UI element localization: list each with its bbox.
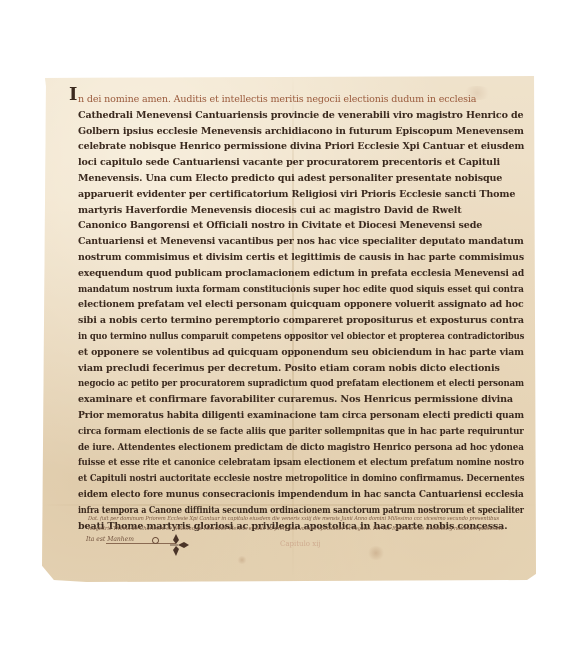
signature-flourish	[106, 543, 176, 544]
text-line: eidem electo fore munus consecracionis i…	[78, 487, 496, 503]
signature-dot-mark	[152, 537, 159, 544]
text-line: de iure. Attendentes electionem predicta…	[78, 440, 487, 456]
charter-text: I n dei nomine amen. Auditis et intellec…	[78, 92, 526, 534]
line-text: examinare et confirmare favorabiliter cu…	[78, 394, 513, 405]
line-text: fuisse et esse rite et canonice celebrat…	[78, 457, 524, 468]
text-line: examinare et confirmare favorabiliter cu…	[78, 392, 524, 408]
line-text: negocio ac petito per procuratorem supra…	[78, 378, 524, 389]
line-text: loci capitulo sede Cantuariensi vacante …	[78, 157, 500, 168]
line-text: et opponere se volentibus ad quicquam op…	[78, 347, 524, 358]
text-line: electionem prefatam vel electi personam …	[78, 297, 515, 313]
text-line: et Capituli nostri auctoritate ecclesie …	[78, 471, 473, 487]
text-line: in quo termino nullus comparuit competen…	[78, 329, 472, 345]
line-text: viam precludi fecerimus per decretum. Po…	[78, 363, 500, 374]
line-text: martyris Haverfordie Menevensis diocesis…	[78, 205, 462, 216]
text-line: apparuerit evidenter per certificatorium…	[78, 187, 524, 203]
line-text: n dei nomine amen. Auditis et intellecti…	[78, 94, 476, 105]
text-line: Cantuariensi et Menevensi vacantibus per…	[78, 234, 516, 250]
annotation-line: Dat. fuit per dominum Priorem Ecclesie X…	[88, 515, 524, 525]
text-line: viam precludi fecerimus per decretum. Po…	[78, 361, 524, 377]
text-line: martyris Haverfordie Menevensis diocesis…	[78, 203, 524, 219]
notarial-annotations: Dat. fuit per dominum Priorem Ecclesie X…	[88, 515, 528, 534]
line-text: celebrate nobisque Henrico permissione d…	[78, 141, 524, 152]
text-line: fuisse et esse rite et canonice celebrat…	[78, 455, 475, 471]
line-text: in quo termino nullus comparuit competen…	[78, 331, 524, 342]
decorated-initial: I	[69, 87, 77, 103]
line-text: et Capituli nostri auctoritate ecclesie …	[78, 473, 524, 484]
notary-signature: Ita est Manhem	[86, 536, 134, 543]
line-text: electionem prefatam vel electi personam …	[78, 299, 524, 310]
line-text: sibi a nobis certo termino peremptorio c…	[78, 315, 524, 326]
text-line: Cathedrali Menevensi Cantuariensis provi…	[78, 108, 524, 124]
text-line: et opponere se volentibus ad quicquam op…	[78, 345, 514, 361]
line-text: apparuerit evidenter per certificatorium…	[78, 189, 515, 200]
notarial-trefoil-icon	[168, 533, 190, 557]
text-line: Menevensis. Una cum Electo predicto qui …	[78, 171, 524, 187]
line-text: Golbern ipsius ecclesie Menevensis archi…	[78, 126, 524, 137]
line-text: nostrum commisimus et divisim certis et …	[78, 252, 524, 263]
line-text: exequendum quod publicam proclamacionem …	[78, 268, 524, 279]
text-line: Golbern ipsius ecclesie Menevensis archi…	[78, 124, 522, 140]
line-text: de iure. Attendentes electionem predicta…	[78, 442, 524, 453]
text-line: loci capitulo sede Cantuariensi vacante …	[78, 155, 524, 171]
text-line: mandatum nostrum iuxta formam constituci…	[78, 282, 486, 298]
text-line: celebrate nobisque Henrico permissione d…	[78, 139, 519, 155]
text-line: negocio ac petito per procuratorem supra…	[78, 376, 479, 392]
line-text: eidem electo fore munus consecracionis i…	[78, 489, 524, 500]
annotation-line: magistris Thoma de Chartham et Willelmo …	[88, 525, 524, 535]
text-line: nostrum commisimus et divisim certis et …	[78, 250, 517, 266]
text-line: Canonico Bangorensi et Officiali nostro …	[78, 218, 524, 234]
stain-mark	[237, 556, 247, 564]
text-line: exequendum quod publicam proclamacionem …	[78, 266, 513, 282]
text-line: sibi a nobis certo termino peremptorio c…	[78, 313, 523, 329]
page-background: I n dei nomine amen. Auditis et intellec…	[0, 0, 580, 657]
line-text: mandatum nostrum iuxta formam constituci…	[78, 284, 524, 295]
text-line: I n dei nomine amen. Auditis et intellec…	[78, 92, 524, 108]
faint-marginal-note: Capitulo xij	[280, 540, 321, 548]
text-line: Prior memoratus habita diligenti examina…	[78, 408, 508, 424]
text-line: circa formam electionis de se facte alii…	[78, 424, 482, 440]
line-text: circa formam electionis de se facte alii…	[78, 426, 524, 437]
line-text: Cantuariensi et Menevensi vacantibus per…	[78, 236, 524, 247]
line-text: Menevensis. Una cum Electo predicto qui …	[78, 173, 502, 184]
line-text: Cathedrali Menevensi Cantuariensis provi…	[78, 110, 523, 121]
stain-mark	[367, 546, 385, 560]
line-text: Canonico Bangorensi et Officiali nostro …	[78, 220, 482, 231]
line-text: Prior memoratus habita diligenti examina…	[78, 410, 524, 421]
